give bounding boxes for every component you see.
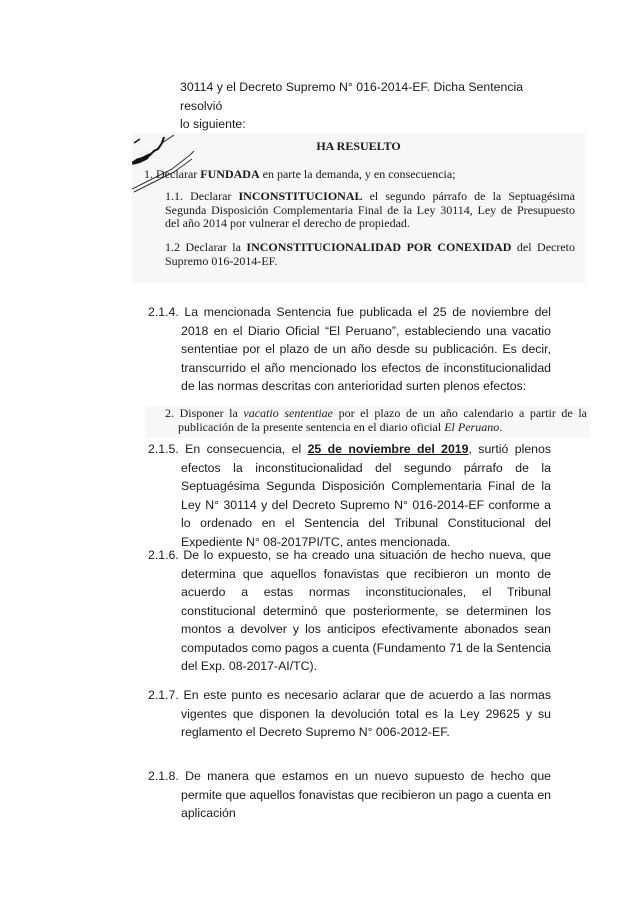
resolution-item-1-1: 1.1. Declarar INCONSTITUCIONAL el segund… [165, 190, 575, 231]
item-1-prefix: 1. Declarar [144, 167, 200, 181]
vacatio-line2-prefix: publicación de la presente sentencia en … [178, 420, 444, 434]
paragraph-number: 2.1.7. [148, 688, 179, 702]
paragraph-2-1-8: 2.1.8. De manera que estamos en un nuevo… [148, 767, 551, 823]
vacatio-prefix: 2. Disponer la [165, 406, 243, 420]
paragraph-text-before: En consecuencia, el [185, 442, 307, 456]
vacatio-term: vacatio sententiae [243, 406, 333, 420]
item-1-2-prefix: 1.2 Declarar la [165, 240, 246, 254]
paragraph-2-1-5: 2.1.5. En consecuencia, el 25 de noviemb… [148, 440, 551, 551]
item-1-1-prefix: 1.1. Declarar [165, 189, 238, 203]
paragraph-2-1-6: 2.1.6. De lo expuesto, se ha creado una … [148, 546, 551, 676]
highlighted-date: 25 de noviembre del 2019 [308, 442, 469, 456]
vacatio-excerpt: 2. Disponer la vacatio sententiae por el… [145, 406, 590, 438]
paragraph-number: 2.1.5. [148, 442, 179, 456]
paragraph-text: La mencionada Sentencia fue publicada el… [181, 305, 551, 393]
vacatio-line-1: 2. Disponer la vacatio sententiae por el… [165, 407, 587, 421]
paragraph-text: De lo expuesto, se ha creado una situaci… [181, 548, 551, 673]
paragraph-text-after: , surtió plenos efectos la inconstitucio… [181, 442, 551, 549]
paragraph-number: 2.1.4. [148, 305, 179, 319]
vacatio-newspaper: El Peruano [444, 420, 499, 434]
item-1-bold: FUNDADA [200, 167, 259, 181]
paragraph-text: En este punto es necesario aclarar que d… [181, 688, 551, 739]
item-1-2-bold: INCONSTITUCIONALIDAD POR CONEXIDAD [246, 240, 511, 254]
paragraph-text: De manera que estamos en un nuevo supues… [181, 769, 551, 820]
intro-line-2: lo siguiente: [180, 115, 560, 134]
vacatio-line2-suffix: . [499, 420, 502, 434]
vacatio-middle: por el plazo de un año calendario a part… [333, 406, 587, 420]
intro-line-1: 30114 y el Decreto Supremo N° 016-2014-E… [180, 78, 560, 115]
paragraph-2-1-7: 2.1.7. En este punto es necesario aclara… [148, 686, 551, 742]
item-1-1-bold: INCONSTITUCIONAL [238, 189, 362, 203]
resolution-item-1-2: 1.2 Declarar la INCONSTITUCIONALIDAD POR… [165, 241, 575, 268]
vacatio-line-2: publicación de la presente sentencia en … [165, 421, 587, 435]
intro-text: 30114 y el Decreto Supremo N° 016-2014-E… [180, 78, 560, 134]
resolution-excerpt: HA RESUELTO 1. Declarar FUNDADA en parte… [132, 133, 585, 283]
paragraph-number: 2.1.6. [148, 548, 179, 562]
paragraph-2-1-4: 2.1.4. La mencionada Sentencia fue publi… [148, 303, 551, 396]
resolution-item-1: 1. Declarar FUNDADA en parte la demanda,… [144, 167, 456, 182]
paragraph-number: 2.1.8. [148, 769, 179, 783]
resolution-title: HA RESUELTO [132, 139, 585, 154]
item-1-suffix: en parte la demanda, y en consecuencia; [260, 167, 456, 181]
